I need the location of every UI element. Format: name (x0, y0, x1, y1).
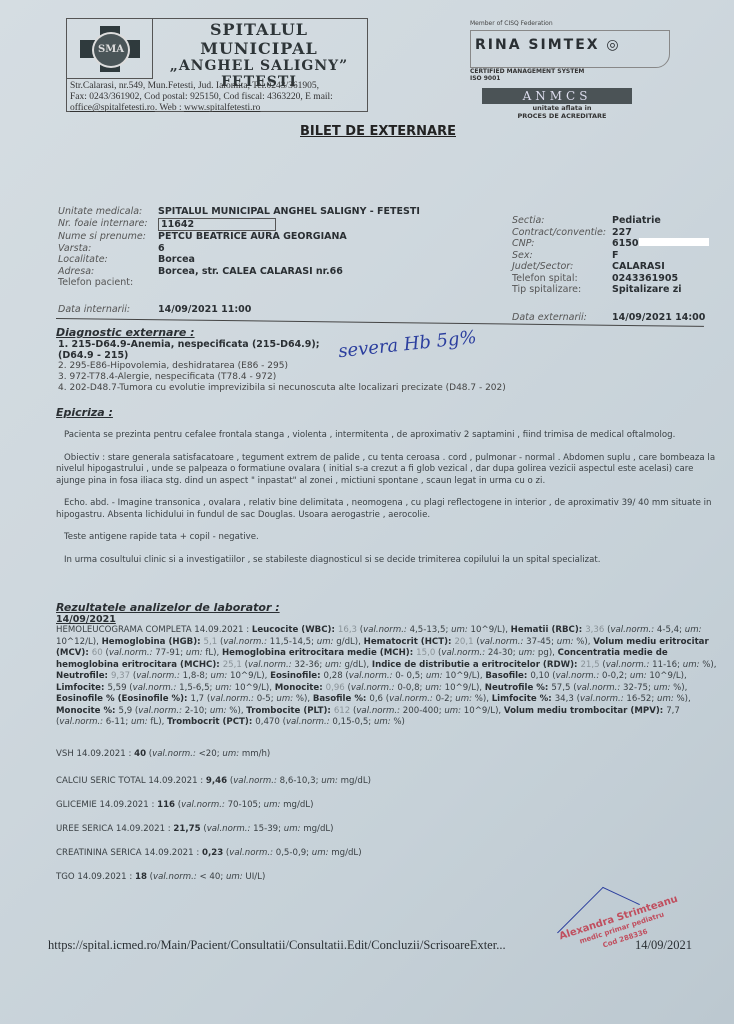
um-label: um: (226, 872, 243, 882)
norm-label: val.norm.: (349, 671, 393, 681)
lab-name: Limfocite %: (492, 694, 555, 704)
norm-label: val.norm.: (233, 776, 277, 786)
info-row: Adresa:Borcea, str. CALEA CALARASI nr.66 (58, 266, 420, 278)
lab-value: 7,7 (666, 706, 680, 716)
um-label: um: (455, 694, 472, 704)
norm-label: val.norm.: (59, 717, 103, 727)
um-label: um: (317, 637, 334, 647)
epicrisis-text: Pacienta se prezinta pentru cefalee fron… (56, 430, 716, 577)
diagnosis-num: 2. (58, 361, 67, 371)
lab-name: Basofile: (485, 671, 530, 681)
um-label: um: (321, 776, 338, 786)
um-label: um: (222, 749, 239, 759)
document-title: BILET DE EXTERNARE (300, 124, 456, 139)
lab-name: GLICEMIE 14.09.2021 : (56, 800, 157, 810)
um-label: um: (683, 660, 700, 670)
info-label: Judet/Sector: (512, 261, 612, 273)
um-label: um: (325, 660, 342, 670)
lab-value: 21,5 (580, 660, 599, 670)
lab-result: Indice de distributie a eritrocitelor (R… (372, 660, 717, 670)
info-row: Unitate medicala:SPITALUL MUNICIPAL ANGH… (58, 206, 420, 218)
lab-value: 5,1 (204, 637, 218, 647)
lab-value: 34,3 (555, 694, 574, 704)
info-label: Nr. foaie internare: (58, 218, 158, 232)
lab-result: Limfocite %: 34,3 (val.norm.: 16-52; um:… (492, 694, 691, 704)
lab-name: Limfocite: (56, 683, 107, 693)
norm-label: val.norm.: (229, 848, 273, 858)
lab-result: Trombocite (PLT): 612 (val.norm.: 200-40… (246, 706, 504, 716)
lab-value: 612 (334, 706, 350, 716)
epicrisis-paragraph: In urma cosultului clinic si a investiga… (56, 555, 716, 567)
norm-label: val.norm.: (133, 683, 177, 693)
lab-value: 15,0 (416, 648, 435, 658)
info-label: Contract/conventie: (512, 227, 612, 239)
norm-label: val.norm.: (181, 800, 225, 810)
lab-results-title: Rezultatele analizelor de laborator : (56, 601, 280, 614)
norm-label: val.norm.: (480, 637, 524, 647)
info-label: Unitate medicala: (58, 206, 158, 218)
cert-iso: ISO 9001 (470, 75, 710, 82)
um-label: um: (425, 683, 442, 693)
lab-value: 16,3 (338, 625, 357, 635)
diagnosis-num: 4. (58, 383, 67, 393)
um-label: um: (451, 625, 468, 635)
patient-info-right: Sectia:Pediatrie Contract/conventie:227 … (512, 215, 709, 296)
diagnosis-item: 4. 202-D48.7-Tumora cu evolutie impreviz… (58, 383, 506, 394)
lab-date: 14/09/2021 (56, 614, 116, 625)
lab-result: Eosinofile: 0,28 (val.norm.: 0- 0,5; um:… (270, 671, 485, 681)
hospital-phone: 0243361905 (612, 273, 678, 285)
lab-result-line: UREE SERICA 14.09.2021 : 21,75 (val.norm… (56, 824, 334, 834)
lab-value: 0,10 (530, 671, 549, 681)
diagnosis-text: 202-D48.7-Tumora cu evolutie imprevizibi… (69, 383, 505, 393)
lab-value: 0,470 (255, 717, 280, 727)
epicrisis-title: Epicriza : (56, 406, 113, 419)
norm-label: val.norm.: (223, 637, 267, 647)
email-link[interactable]: office@spitalfetesti.ro (70, 103, 155, 113)
lab-value: 9,46 (206, 776, 227, 786)
lab-name: Hematii (RBC): (511, 625, 586, 635)
admission-sheet-number: 11642 (158, 218, 276, 232)
rina-simtex-logo: RINA SIMTEX ◎ (470, 30, 670, 68)
lab-result: Monocite %: 5,9 (val.norm.: 2-10; um: %)… (56, 706, 246, 716)
lab-value: 116 (157, 800, 175, 810)
norm-label: val.norm.: (207, 824, 251, 834)
norm-label: val.norm.: (441, 648, 485, 658)
lab-name: UREE SERICA 14.09.2021 : (56, 824, 173, 834)
lab-name: Neutrofile: (56, 671, 111, 681)
info-row: Telefon spital:0243361905 (512, 273, 709, 285)
um-label: um: (264, 800, 281, 810)
hospital-address: Str.Calarasi, nr.549, Mun.Fetesti, Jud. … (70, 81, 370, 114)
info-label: Adresa: (58, 266, 158, 278)
logo-emblem-icon: SMA (92, 32, 130, 68)
website-link[interactable]: www.spitalfetesti.ro (184, 103, 260, 113)
medical-unit: SPITALUL MUNICIPAL ANGHEL SALIGNY - FETE… (158, 206, 420, 218)
epicrisis-paragraph: Echo. abd. - Imagine transonica , ovalar… (56, 498, 716, 521)
info-label: CNP: (512, 238, 612, 250)
lab-result: Leucocite (WBC): 16,3 (val.norm.: 4,5-13… (252, 625, 511, 635)
um-label: um: (557, 637, 574, 647)
lab-name: Eosinofile % (Eosinofile %): (56, 694, 190, 704)
lab-value: 18 (135, 872, 147, 882)
diagnosis-text: 215-D64.9-Anemia, nespecificata (215-D64… (72, 339, 320, 350)
lab-result-line: TGO 14.09.2021 : 18 (val.norm.: < 40; um… (56, 872, 265, 882)
lab-value: 5,9 (119, 706, 133, 716)
um-label: um: (685, 625, 702, 635)
info-label: Varsta: (58, 243, 158, 255)
diagnosis-text: 295-E86-Hipovolemia, deshidratarea (E86 … (69, 361, 288, 371)
address-line2: Fax: 0243/361902, Cod postal: 925150, Co… (70, 92, 370, 103)
patient-address: Borcea, str. CALEA CALARASI nr.66 (158, 266, 343, 278)
info-row: Nume si prenume:PETCU BEATRICE AURA GEOR… (58, 231, 420, 243)
cert-member: Member of CISQ Federation (470, 20, 710, 27)
lab-result: Basofile: 0,10 (val.norm.: 0-0,2; um: 10… (485, 671, 686, 681)
lab-name: VSH 14.09.2021 : (56, 749, 134, 759)
epicrisis-paragraph: Pacienta se prezinta pentru cefalee fron… (56, 430, 716, 442)
lab-name: Leucocite (WBC): (252, 625, 338, 635)
diagnosis-text: 972-T78.4-Alergie, nespecificata (T78.4 … (69, 372, 276, 382)
hospitalization-type: Spitalizare zi (612, 284, 682, 296)
patient-locality: Borcea (158, 254, 195, 266)
um-label: um: (426, 671, 443, 681)
norm-label: val.norm.: (610, 625, 654, 635)
lab-name: Volum mediu trombocitar (MPV): (504, 706, 666, 716)
um-label: um: (210, 706, 227, 716)
lab-result: Monocite: 0,96 (val.norm.: 0-0,8; um: 10… (275, 683, 485, 693)
panel-name: HEMOLEUCOGRAMA COMPLETA 14.09.2021 : (56, 625, 252, 635)
print-url: https://spital.icmed.ro/Main/Pacient/Con… (48, 938, 506, 953)
diagnosis-item: 3. 972-T78.4-Alergie, nespecificata (T78… (58, 372, 506, 383)
um-label: um: (284, 824, 301, 834)
print-date: 14/09/2021 (635, 938, 692, 953)
lab-value: 25,1 (223, 660, 242, 670)
lab-name: Indice de distributie a eritrocitelor (R… (372, 660, 581, 670)
lab-name: Hemoglobina (HGB): (102, 637, 204, 647)
um-label: um: (211, 671, 228, 681)
lab-value: 57,5 (551, 683, 570, 693)
um-label: um: (215, 683, 232, 693)
lab-name: Neutrofile %: (485, 683, 552, 693)
info-row: Nr. foaie internare:11642 (58, 218, 420, 232)
county: CALARASI (612, 261, 665, 273)
norm-label: val.norm.: (210, 694, 254, 704)
info-label: Sex: (512, 250, 612, 262)
anmcs-sub2: PROCES DE ACREDITARE (482, 112, 642, 120)
redaction-bar (639, 238, 709, 246)
epicrisis-paragraph: Teste antigene rapide tata + copil - neg… (56, 532, 716, 544)
lab-result: Trombocrit (PCT): 0,470 (val.norm.: 0,15… (167, 717, 405, 727)
cert-system: CERTIFIED MANAGEMENT SYSTEM (470, 68, 710, 75)
info-label: Telefon pacient: (58, 277, 158, 289)
info-row: Sectia:Pediatrie (512, 215, 709, 227)
um-label: um: (312, 848, 329, 858)
norm-label: val.norm.: (389, 694, 433, 704)
lab-name: Basofile %: (313, 694, 370, 704)
admission-date-row: Data internarii:14/09/2021 11:00 (58, 304, 251, 315)
lab-result: Eosinofile % (Eosinofile %): 1,7 (val.no… (56, 694, 313, 704)
lab-result-line: CREATININA SERICA 14.09.2021 : 0,23 (val… (56, 848, 362, 858)
lab-name: CALCIU SERIC TOTAL 14.09.2021 : (56, 776, 206, 786)
lab-value: 5,59 (107, 683, 126, 693)
lab-result: Hematocrit (HCT): 20,1 (val.norm.: 37-45… (364, 637, 594, 647)
lab-result: Hemoglobina (HGB): 5,1 (val.norm.: 11,5-… (102, 637, 364, 647)
lab-name: Monocite %: (56, 706, 119, 716)
lab-name: Eosinofile: (270, 671, 323, 681)
info-row: Localitate:Borcea (58, 254, 420, 266)
admission-label: Data internarii: (58, 304, 158, 315)
discharge-date: 14/09/2021 14:00 (612, 312, 705, 323)
info-label: Nume si prenume: (58, 231, 158, 243)
anmcs-logo: ANMCS (482, 88, 632, 104)
lab-name: Hematocrit (HCT): (364, 637, 455, 647)
anmcs-sub1: unitate aflata in (482, 104, 642, 112)
norm-label: val.norm.: (109, 648, 153, 658)
lab-value: 0,96 (326, 683, 345, 693)
info-row: Sex:F (512, 250, 709, 262)
patient-info-left: Unitate medicala:SPITALUL MUNICIPAL ANGH… (58, 206, 420, 289)
um-label: um: (630, 671, 647, 681)
lab-name: CREATININA SERICA 14.09.2021 : (56, 848, 202, 858)
info-row: Contract/conventie:227 (512, 227, 709, 239)
lab-name: Monocite: (275, 683, 326, 693)
um-label: um: (657, 694, 674, 704)
um-label: um: (276, 694, 293, 704)
lab-result-line: CALCIU SERIC TOTAL 14.09.2021 : 9,46 (va… (56, 776, 371, 786)
hospital-logo: SMA (66, 18, 153, 79)
certification-seal-icon: ◎ (606, 37, 620, 53)
um-label: um: (186, 648, 203, 658)
lab-value: 60 (92, 648, 103, 658)
discharge-date-row: Data externarii:14/09/2021 14:00 (512, 312, 705, 323)
lab-result: Neutrofile: 9,37 (val.norm.: 1,8-8; um: … (56, 671, 270, 681)
um-label: um: (374, 717, 391, 727)
info-row: CNP:6150 (512, 238, 709, 250)
diagnosis-title: Diagnostic externare : (56, 326, 195, 339)
lab-name: Trombocrit (PCT): (167, 717, 255, 727)
diagnosis-num: 1. (58, 339, 68, 350)
lab-result: Hemoglobina eritrocitara medie (MCH): 15… (222, 648, 558, 658)
info-label: Localitate: (58, 254, 158, 266)
rina-text: RINA SIMTEX (475, 37, 600, 53)
info-row: Varsta:6 (58, 243, 420, 255)
lab-value: 3,36 (585, 625, 604, 635)
norm-label: val.norm.: (606, 660, 650, 670)
um-label: um: (654, 683, 671, 693)
epicrisis-paragraph: Obiectiv : stare generala satisfacatoare… (56, 453, 716, 488)
norm-label: val.norm.: (248, 660, 292, 670)
hospital-name-line2: „ANGHEL SALIGNY” (152, 58, 366, 74)
department: Pediatrie (612, 215, 661, 227)
lab-value: 21,75 (173, 824, 200, 834)
info-row: Telefon pacient: (58, 277, 420, 289)
patient-age: 6 (158, 243, 165, 255)
patient-name: PETCU BEATRICE AURA GEORGIANA (158, 231, 347, 243)
lab-result: Neutrofile %: 57,5 (val.norm.: 32-75; um… (485, 683, 688, 693)
web-label: Web : (159, 103, 181, 113)
contract-number: 227 (612, 227, 632, 239)
norm-label: val.norm.: (356, 706, 400, 716)
lab-value: 0,6 (369, 694, 383, 704)
norm-label: val.norm.: (577, 683, 621, 693)
info-label: Tip spitalizare: (512, 284, 612, 296)
discharge-label: Data externarii: (512, 312, 612, 323)
diagnosis-item: 2. 295-E86-Hipovolemia, deshidratarea (E… (58, 361, 506, 372)
address-line1: Str.Calarasi, nr.549, Mun.Fetesti, Jud. … (70, 81, 370, 92)
info-label: Sectia: (512, 215, 612, 227)
norm-label: val.norm.: (138, 706, 182, 716)
hemogram-results: HEMOLEUCOGRAMA COMPLETA 14.09.2021 : Leu… (56, 625, 721, 729)
hospital-name-line1: SPITALUL MUNICIPAL (152, 20, 366, 58)
info-row: Tip spitalizare:Spitalizare zi (512, 284, 709, 296)
lab-name: TGO 14.09.2021 : (56, 872, 135, 882)
admission-date: 14/09/2021 11:00 (158, 304, 251, 315)
norm-label: val.norm.: (556, 671, 600, 681)
cnp: 6150 (612, 238, 638, 250)
lab-name: Hemoglobina eritrocitara medie (MCH): (222, 648, 416, 658)
um-label: um: (444, 706, 461, 716)
info-row: Judet/Sector:CALARASI (512, 261, 709, 273)
lab-value: 0,23 (202, 848, 223, 858)
info-label: Telefon spital: (512, 273, 612, 285)
discharge-document: SMA SPITALUL MUNICIPAL „ANGHEL SALIGNY” … (0, 0, 734, 1024)
norm-label: val.norm.: (363, 625, 407, 635)
um-label: um: (518, 648, 535, 658)
lab-value: 1,7 (190, 694, 204, 704)
norm-label: val.norm.: (152, 749, 196, 759)
norm-label: val.norm.: (286, 717, 330, 727)
lab-value: 9,37 (111, 671, 130, 681)
lab-result: Basofile %: 0,6 (val.norm.: 0-2; um: %), (313, 694, 492, 704)
sex: F (612, 250, 619, 262)
lab-result-line: VSH 14.09.2021 : 40 (val.norm.: <20; um:… (56, 749, 270, 759)
lab-value: 0,28 (324, 671, 343, 681)
lab-result-line: GLICEMIE 14.09.2021 : 116 (val.norm.: 70… (56, 800, 313, 810)
lab-value: 20,1 (454, 637, 473, 647)
norm-label: val.norm.: (351, 683, 395, 693)
diagnosis-num: 3. (58, 372, 67, 382)
hospital-name: SPITALUL MUNICIPAL „ANGHEL SALIGNY” FETE… (152, 20, 366, 90)
lab-result: Limfocite: 5,59 (val.norm.: 1,5-6,5; um:… (56, 683, 275, 693)
norm-label: val.norm.: (580, 694, 624, 704)
norm-label: val.norm.: (136, 671, 180, 681)
um-label: um: (131, 717, 148, 727)
lab-value: 40 (134, 749, 146, 759)
lab-name: Trombocite (PLT): (246, 706, 334, 716)
certification-block: Member of CISQ Federation RINA SIMTEX ◎ … (470, 20, 710, 120)
norm-label: val.norm.: (153, 872, 197, 882)
